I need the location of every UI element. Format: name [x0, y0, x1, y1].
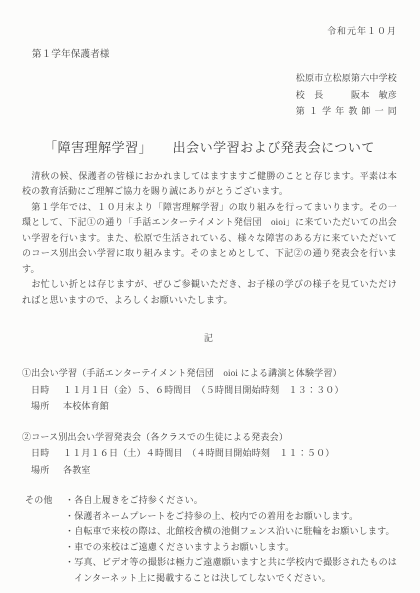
bullet-item: ・車での来校はご遠慮くださいますようお願いします。: [65, 540, 397, 556]
principal-line: 校 長 阪本 敏彦: [296, 87, 397, 104]
other-bullet-list: ・各自上履きをご持参ください。 ・保護者ネームプレートをご持参の上、校内での着用…: [65, 493, 397, 586]
bullet-item: ・写真、ビデオ等の撮影は極力ご遠慮願いますと共に学校内で撮影されたものはインター…: [65, 555, 397, 586]
other-notes: その他 ・各自上履きをご持参ください。 ・保護者ネームプレートをご持参の上、校内…: [22, 493, 397, 586]
sender-block: 松原市立松原第六中学校 校 長 阪本 敏彦 第１学年教師一同: [22, 70, 397, 120]
school-name: 松原市立松原第六中学校: [296, 70, 397, 87]
detail-row-datetime: 日時 １１月１６日（土）４時間目 （４時間目開始時刻 １１：５０）: [22, 445, 397, 462]
bullet-item: ・各自上履きをご持参ください。: [65, 493, 397, 509]
letter-page: 令和元年１０月 第１学年保護者様 松原市立松原第六中学校 校 長 阪本 敏彦 第…: [0, 0, 420, 593]
detail-row-datetime: 日時 １１月１日（金）５、６時間目 （５時間目開始時刻 １３：３０）: [22, 382, 397, 399]
record-marker: 記: [22, 331, 397, 344]
section-presentation: ②コース別出会い学習発表会（各クラスでの生徒による発表会） 日時 １１月１６日（…: [22, 429, 397, 479]
page-title: 「障害理解学習」 出会い学習および発表会について: [22, 137, 397, 156]
item-label: 日時: [31, 382, 53, 399]
detail-row-place: 場所 各教室: [22, 462, 397, 479]
other-label: その他: [25, 493, 65, 586]
section-encounter-learning: ①出会い学習（手話エンターテイメント発信団 oioi による講演と体験学習） 日…: [22, 365, 397, 415]
item-value: 各教室: [63, 462, 397, 479]
paragraph-greeting: 清秋の候、保護者の皆様におかれましてはますますご健勝のことと存じます。平素は本校…: [22, 169, 397, 200]
section-heading: ②コース別出会い学習発表会（各クラスでの生徒による発表会）: [22, 429, 397, 446]
item-label: 日時: [31, 445, 53, 462]
item-label: 場所: [31, 398, 53, 415]
bullet-item: ・自転車で来校の際は、北館校舎横の池側フェンス沿いに駐輪をお願いします。: [65, 524, 397, 540]
recipient: 第１学年保護者様: [32, 46, 397, 60]
section-heading: ①出会い学習（手話エンターテイメント発信団 oioi による講演と体験学習）: [22, 365, 397, 382]
staff-line: 第１学年教師一同: [296, 103, 397, 120]
item-value: １１月１日（金）５、６時間目 （５時間目開始時刻 １３：３０）: [63, 382, 397, 399]
detail-row-place: 場所 本校体育館: [22, 398, 397, 415]
bullet-item: ・保護者ネームプレートをご持参の上、校内での着用をお願いします。: [65, 509, 397, 525]
date: 令和元年１０月: [22, 24, 397, 37]
item-label: 場所: [31, 462, 53, 479]
paragraph-closing: お忙しい折とは存じますが、ぜひご参観いただき、お子様の学びの様子を見ていただけれ…: [22, 277, 397, 308]
paragraph-main: 第１学年では、１０月末より「障害理解学習」の取り組みを行ってまいります。その一環…: [22, 200, 397, 278]
item-value: １１月１６日（土）４時間目 （４時間目開始時刻 １１：５０）: [63, 445, 397, 462]
body-text: 清秋の候、保護者の皆様におかれましてはますますご健勝のことと存じます。平素は本校…: [22, 169, 397, 309]
item-value: 本校体育館: [63, 398, 397, 415]
